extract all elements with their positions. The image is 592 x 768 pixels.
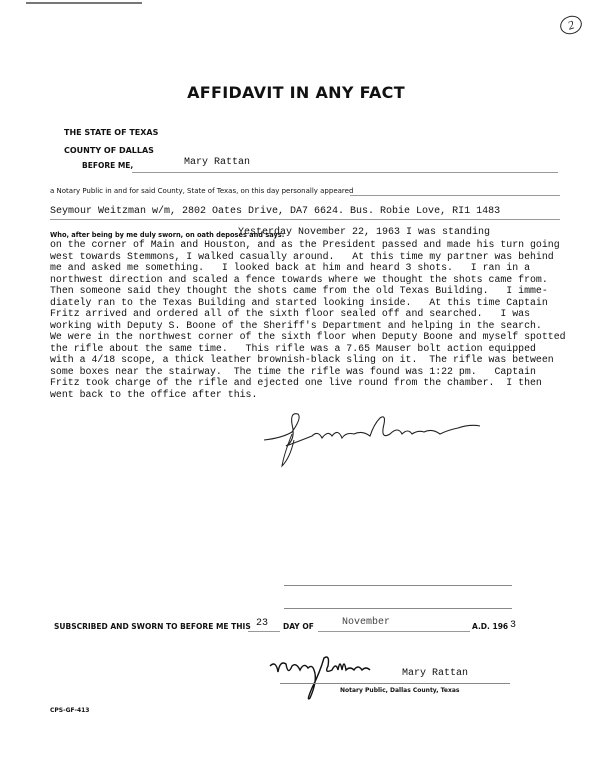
before-me-value: Mary Rattan — [184, 157, 250, 168]
signature-scribble-icon — [262, 410, 492, 470]
statement-line: with a 4/18 scope, a thick leather brown… — [50, 354, 566, 366]
statement-line: working with Deputy S. Boone of the Sher… — [50, 320, 566, 332]
affiant-signature — [262, 410, 492, 475]
notary-clause-rule — [350, 195, 560, 196]
document-title: AFFIDAVIT IN ANY FACT — [0, 83, 592, 102]
day-rule — [248, 631, 280, 632]
notary-signature-scribble-icon — [266, 652, 406, 702]
page-number-marker: 2 — [558, 13, 584, 37]
statement-body: on the corner of Main and Houston, and a… — [50, 239, 566, 400]
statement-line: Then someone said they thought the shots… — [50, 285, 566, 297]
day-of-label: DAY OF — [283, 622, 314, 631]
statement-line: the rifle about the same time. This rifl… — [50, 343, 566, 355]
before-me-rule — [132, 172, 558, 173]
statement-line: west towards Stemmons, I walked casually… — [50, 251, 566, 263]
statement-line: Fritz took charge of the rifle and eject… — [50, 377, 566, 389]
statement-first-line: Yesterday November 22, 1963 I was standi… — [238, 227, 490, 238]
notary-clause: a Notary Public in and for said County, … — [50, 187, 353, 195]
statement-line: diately ran to the Texas Building and st… — [50, 297, 566, 309]
notary-signature-rule — [280, 683, 510, 684]
statement-line: some boxes near the stairway. The time t… — [50, 366, 566, 378]
subscribed-year-digit: 3 — [510, 620, 516, 631]
statement-line: on the corner of Main and Houston, and a… — [50, 239, 566, 251]
statement-line: We were in the northwest corner of the s… — [50, 331, 566, 343]
subscribed-month: November — [342, 617, 390, 628]
notary-typed-name: Mary Rattan — [402, 668, 468, 679]
signature-line-2 — [284, 608, 512, 609]
month-rule — [318, 631, 470, 632]
affiant-rule — [50, 219, 560, 220]
statement-line: northwest direction and scaled a fence t… — [50, 274, 566, 286]
form-number: CPS-GF-413 — [50, 707, 89, 714]
notary-title: Notary Public, Dallas County, Texas — [340, 687, 459, 694]
subscribed-label: SUBSCRIBED AND SWORN TO BEFORE ME THIS — [54, 622, 251, 631]
ad-label: A.D. 196 — [472, 622, 508, 631]
statement-line: went back to the office after this. — [50, 389, 566, 401]
notary-signature — [266, 652, 406, 707]
scan-artifact-bar — [26, 2, 142, 4]
statement-line: me and asked me something. I looked back… — [50, 262, 566, 274]
subscribed-day: 23 — [256, 618, 268, 629]
statement-line: Fritz arrived and ordered all of the six… — [50, 308, 566, 320]
signature-line-1 — [284, 585, 512, 586]
county-heading: COUNTY OF DALLAS — [64, 146, 154, 155]
state-heading: THE STATE OF TEXAS — [64, 128, 158, 137]
affiant-line: Seymour Weitzman w/m, 2802 Oates Drive, … — [50, 206, 500, 217]
before-me-label: BEFORE ME, — [82, 161, 133, 170]
